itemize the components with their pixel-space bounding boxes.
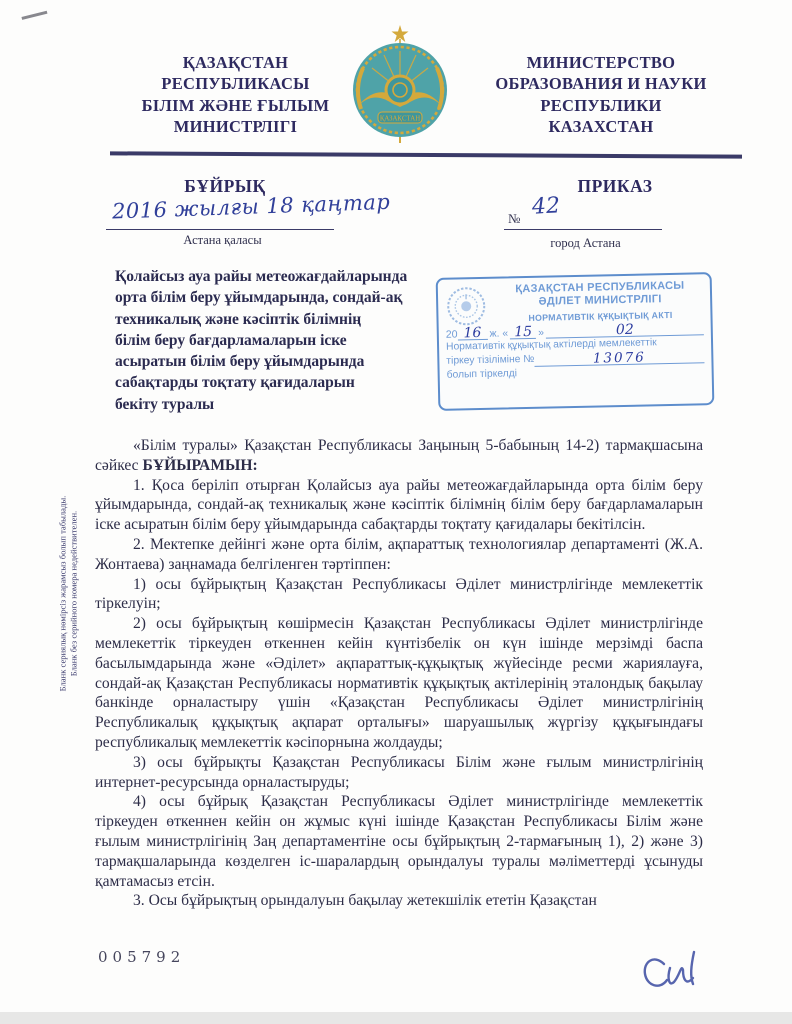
- body-paragraph: 2. Мектепке дейінгі және орта білім, ақп…: [95, 535, 703, 575]
- handwritten-order-number: 42: [531, 193, 560, 219]
- number-sign-label: №: [508, 211, 520, 227]
- org-left-line: РЕСПУБЛИКАСЫ: [133, 73, 338, 94]
- body-paragraph: 1. Қоса беріліп отырған Қолайсыз ауа рай…: [95, 476, 703, 535]
- date-underline: [106, 229, 334, 230]
- blank-serial-number: 005792: [98, 948, 185, 966]
- title-line: білім беру бағдарламаларын іске: [115, 330, 465, 351]
- intro-bold-word: БҰЙЫРАМЫН:: [143, 457, 258, 474]
- org-right-line: РЕСПУБЛИКИ: [477, 95, 725, 116]
- issuer-name-kazakh: ҚАЗАҚСТАН РЕСПУБЛИКАСЫ БІЛІМ ЖӘНЕ ҒЫЛЫМ …: [133, 52, 338, 138]
- org-right-line: ОБРАЗОВАНИЯ И НАУКИ: [477, 73, 725, 94]
- title-line: техникалық және кәсіптік білімнің: [115, 309, 465, 330]
- title-line: орта білім беру ұйымдарында, сондай-ақ: [115, 287, 465, 308]
- body-paragraph: 4) осы бұйрық Қазақстан Республикасы Әді…: [95, 792, 703, 891]
- body-paragraph: 2) осы бұйрықтың көшірмесін Қазақстан Ре…: [95, 614, 703, 753]
- stamp-year-prefix: 20: [446, 328, 458, 340]
- stamp-handwritten-year: 16: [457, 327, 487, 341]
- stamp-handwritten-day: 15: [510, 326, 536, 340]
- body-paragraph: 3) осы бұйрықты Қазақстан Республикасы Б…: [95, 753, 703, 793]
- stamp-year-suffix: ж. «: [489, 327, 508, 339]
- body-paragraph: 3. Осы бұйрықтың орындалуын бақылау жете…: [95, 891, 703, 911]
- ink-signature-squiggle-icon: [638, 938, 714, 1010]
- blank-validity-side-note: Бланк сериялық нөмірсіз жарамсыз болып т…: [58, 444, 79, 744]
- number-underline: [504, 229, 662, 230]
- document-title: Қолайсыз ауа райы метеожағдайларында орт…: [115, 266, 465, 415]
- issuer-name-russian: МИНИСТЕРСТВО ОБРАЗОВАНИЯ И НАУКИ РЕСПУБЛ…: [477, 52, 725, 138]
- org-right-line: КАЗАХСТАН: [477, 116, 725, 137]
- title-line: Қолайсыз ауа райы метеожағдайларында: [115, 266, 465, 287]
- kazakhstan-coat-of-arms-icon: ҚАЗАҚСТАН: [346, 24, 454, 144]
- place-kazakh: Астана қаласы: [110, 233, 335, 248]
- stamp-act-line: НОРМАТИВТІК ҚҰҚЫҚТЫҚ АКТІ: [497, 309, 703, 323]
- org-right-line: МИНИСТЕРСТВО: [477, 52, 725, 73]
- order-body: «Білім туралы» Қазақстан Республикасы За…: [95, 436, 703, 911]
- header-divider: [110, 151, 742, 158]
- side-note-line-kazakh: Бланк сериялық нөмірсіз жарамсыз болып т…: [58, 444, 69, 744]
- org-left-line: ҚАЗАҚСТАН: [133, 52, 338, 73]
- justice-ministry-seal-icon: [445, 285, 488, 328]
- title-line: бекіту туралы: [115, 394, 465, 415]
- side-note-line-russian: Бланк без серийного номера недействителе…: [68, 444, 79, 744]
- scanned-order-page: ҚАЗАҚСТАН РЕСПУБЛИКАСЫ БІЛІМ ЖӘНЕ ҒЫЛЫМ …: [0, 0, 792, 1024]
- emblem-caption: ҚАЗАҚСТАН: [380, 116, 420, 123]
- body-intro-paragraph: «Білім туралы» Қазақстан Республикасы За…: [95, 436, 703, 476]
- title-line: сабақтарды тоқтату қағидаларын: [115, 372, 465, 393]
- org-left-line: МИНИСТРЛІГІ: [133, 116, 338, 137]
- title-line: асыратын білім беру ұйымдарында: [115, 351, 465, 372]
- scan-artifact-mark: [19, 0, 48, 20]
- stamp-reg-line2-prefix: тіркеу тізіліміне №: [446, 352, 534, 368]
- justice-registration-stamp: ҚАЗАҚСТАН РЕСПУБЛИКАСЫ ӘДІЛЕТ МИНИСТРЛІГ…: [436, 272, 715, 411]
- stamp-quote-close: »: [538, 327, 544, 339]
- place-russian: город Астана: [528, 236, 643, 251]
- org-left-line: БІЛІМ ЖӘНЕ ҒЫЛЫМ: [133, 95, 338, 116]
- scan-edge-shadow: [0, 1012, 792, 1024]
- body-paragraph: 1) осы бұйрықтың Қазақстан Республикасы …: [95, 575, 703, 615]
